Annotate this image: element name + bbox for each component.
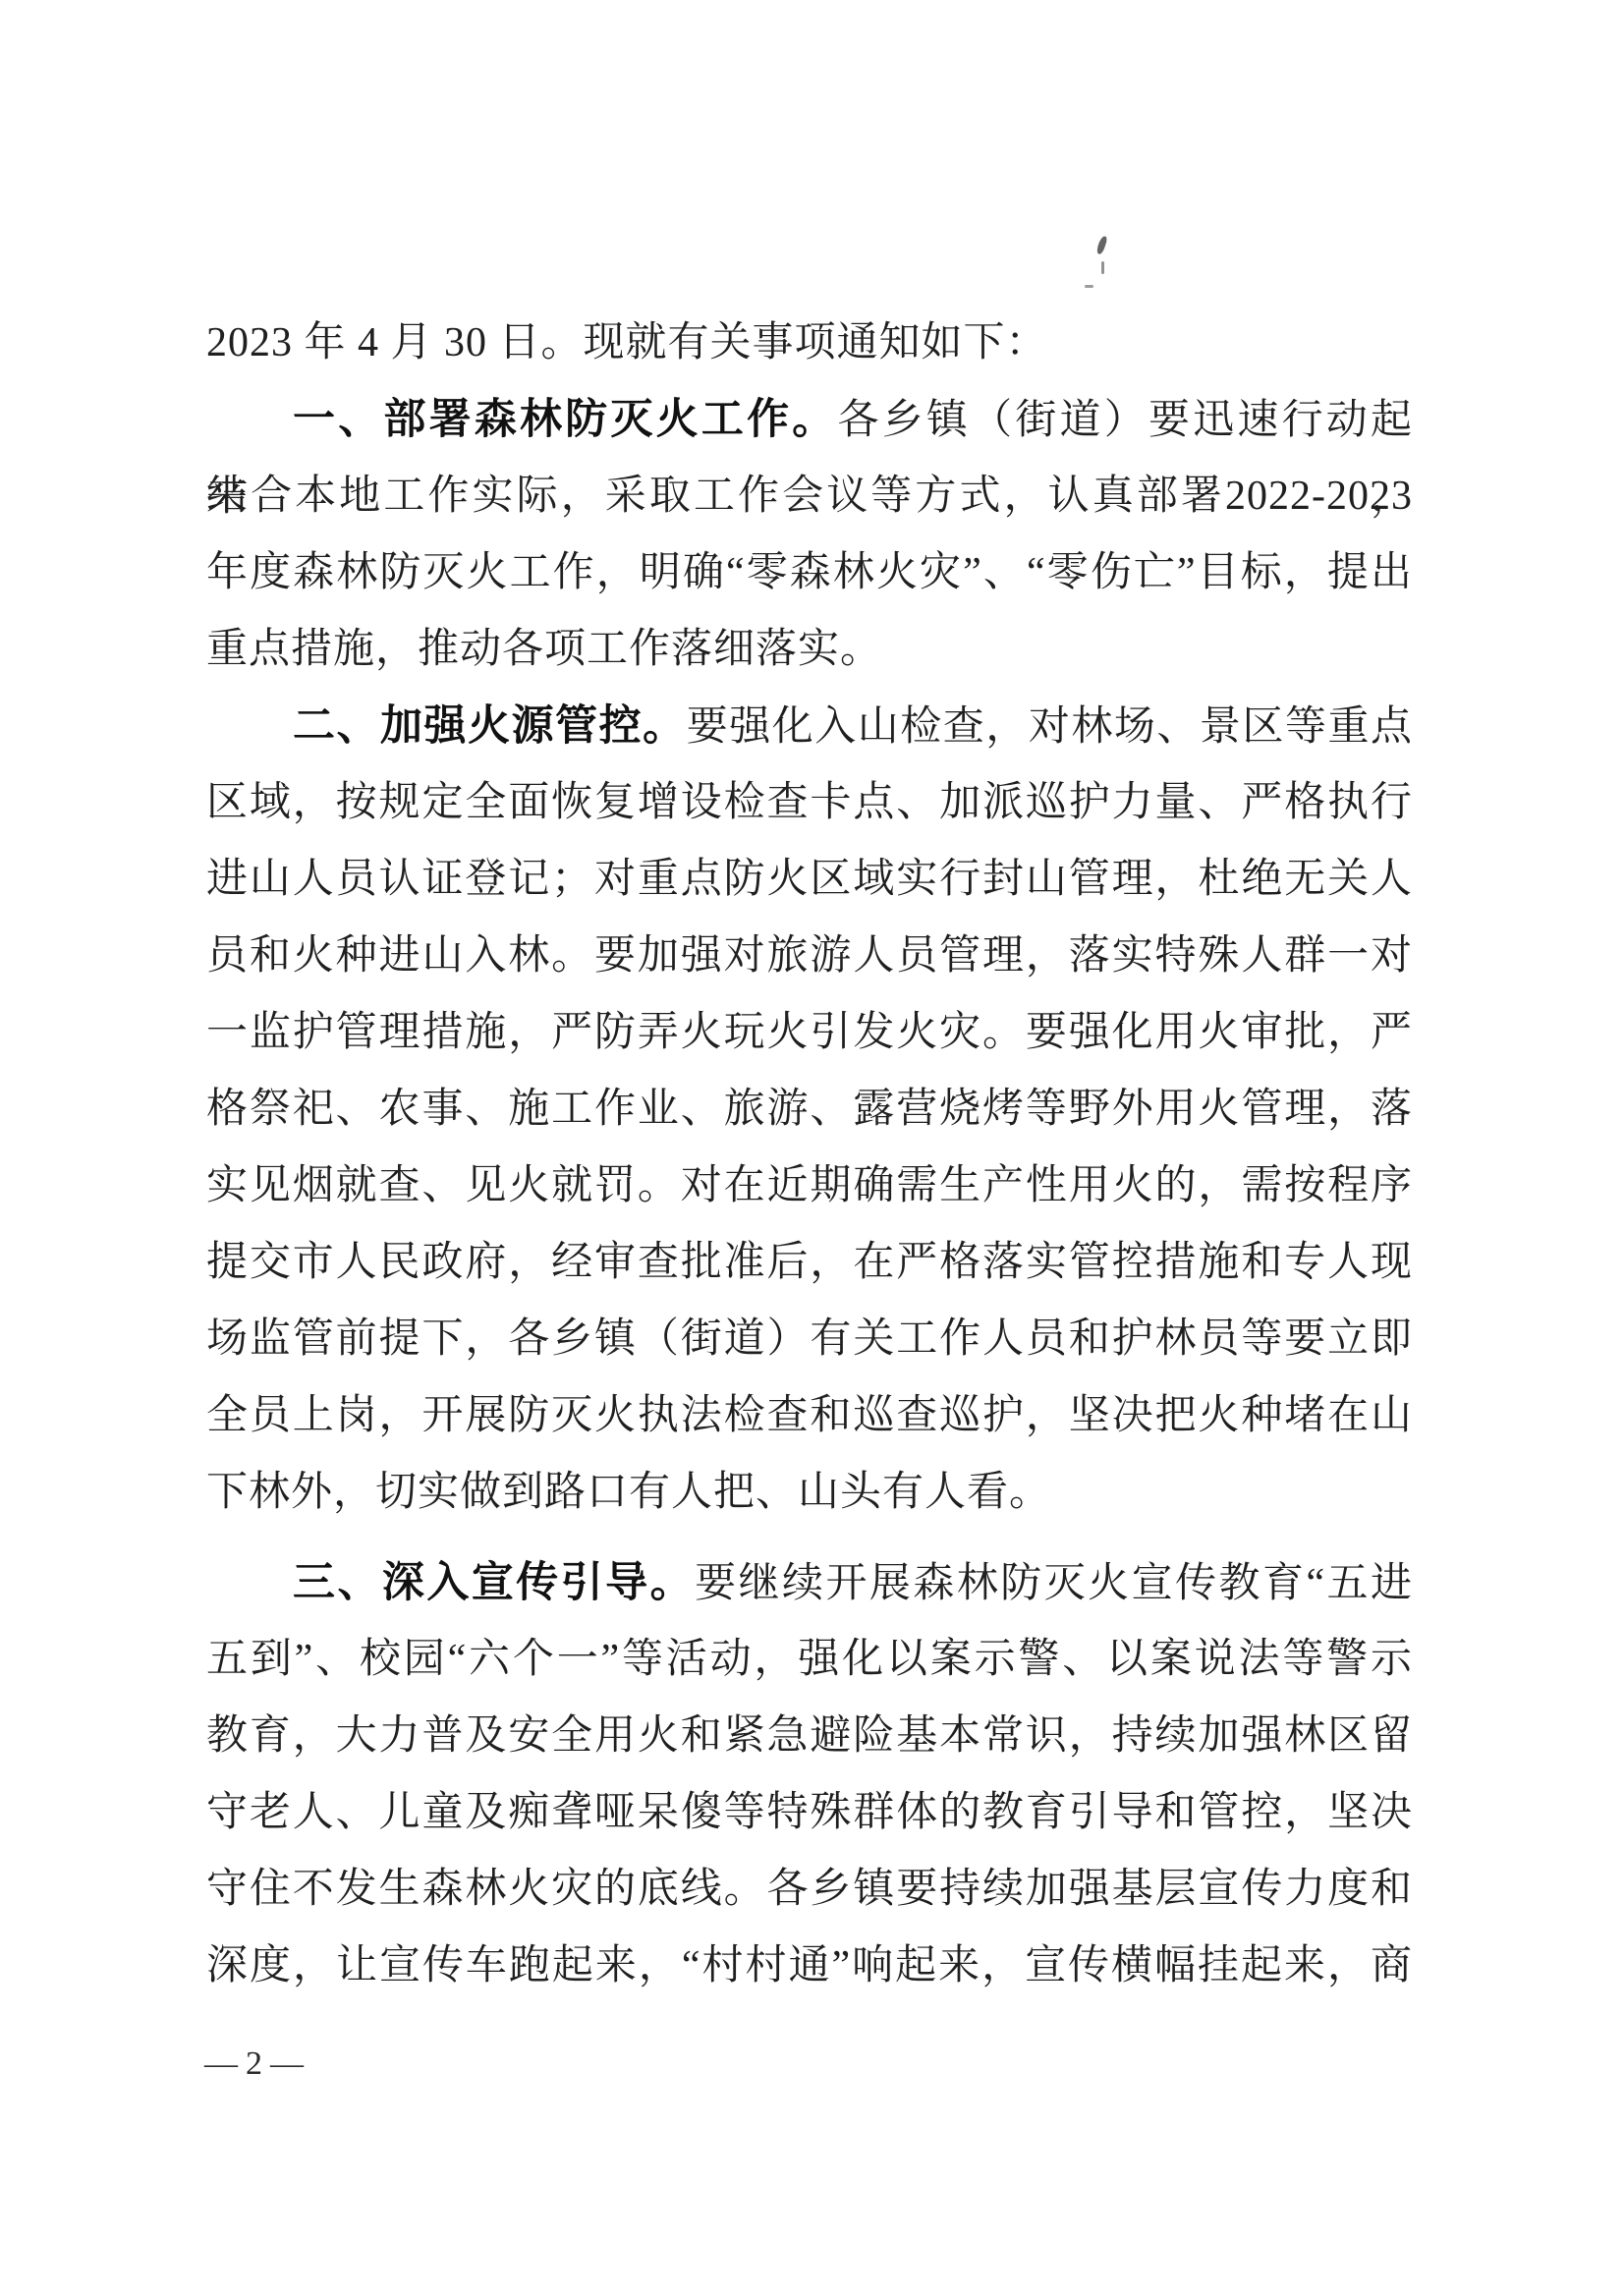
- body-line: 深度，让宣传车跑起来，“村村通”响起来，宣传横幅挂起来，商: [206, 1928, 1413, 2004]
- body-line: 提交市人民政府，经审查批准后，在严格落实管控措施和专人现: [206, 1224, 1413, 1301]
- body-line: 进山人员认证登记；对重点防火区域实行封山管理，杜绝无关人: [206, 841, 1413, 918]
- scanned-document-page: 2023 年 4 月 30 日。现就有关事项通知如下： 一、部署森林防灭火工作。…: [0, 0, 1624, 2295]
- body-line: 员和火种进山入林。要加强对旅游人员管理，落实特殊人群一对: [206, 918, 1413, 994]
- page-number: —2—: [204, 2045, 311, 2083]
- section-1-first-line: 一、部署森林防灭火工作。各乡镇（街道）要迅速行动起来，: [206, 381, 1413, 458]
- body-line: 区域，按规定全面恢复增设检查卡点、加派巡护力量、严格执行: [206, 764, 1413, 841]
- body-line: 守住不发生森林火灾的底线。各乡镇要持续加强基层宣传力度和: [206, 1851, 1413, 1928]
- body-line: 五到”、校园“六个一”等活动，强化以案示警、以案说法等警示: [206, 1621, 1413, 1698]
- body-line: 一监护管理措施，严防弄火玩火引发火灾。要强化用火审批，严: [206, 994, 1413, 1071]
- body-line: 重点措施，推动各项工作落细落实。: [206, 611, 1413, 688]
- body-line: 场监管前提下，各乡镇（街道）有关工作人员和护林员等要立即: [206, 1301, 1413, 1377]
- body-line: 下林外，切实做到路口有人把、山头有人看。: [206, 1454, 1413, 1531]
- body-line: 年度森林防灭火工作，明确“零森林火灾”、“零伤亡”目标，提出: [206, 534, 1413, 611]
- body-line: 格祭祀、农事、施工作业、旅游、露营烧烤等野外用火管理，落: [206, 1071, 1413, 1147]
- body-line: 守老人、儿童及痴聋哑呆傻等特殊群体的教育引导和管控，坚决: [206, 1774, 1413, 1851]
- body-line: 结合本地工作实际，采取工作会议等方式，认真部署2022-2023: [206, 458, 1413, 534]
- section-3-heading: 三、深入宣传引导。: [293, 1559, 695, 1606]
- body-line: 要继续开展森林防灭火宣传教育“五进: [695, 1561, 1413, 1606]
- body-line: 2023 年 4 月 30 日。现就有关事项通知如下：: [206, 305, 1413, 381]
- section-2-first-line: 二、加强火源管控。要强化入山检查，对林场、景区等重点: [206, 688, 1413, 764]
- section-1-heading: 一、部署森林防灭火工作。: [293, 396, 838, 443]
- section-3-first-line: 三、深入宣传引导。要继续开展森林防灭火宣传教育“五进: [206, 1544, 1413, 1621]
- document-body: 2023 年 4 月 30 日。现就有关事项通知如下： 一、部署森林防灭火工作。…: [206, 305, 1413, 2004]
- section-2-heading: 二、加强火源管控。: [293, 702, 687, 750]
- body-line: 实见烟就查、见火就罚。对在近期确需生产性用火的，需按程序: [206, 1147, 1413, 1224]
- body-line: 要强化入山检查，对林场、景区等重点: [687, 704, 1413, 750]
- body-line: 教育，大力普及安全用火和紧急避险基本常识，持续加强林区留: [206, 1698, 1413, 1774]
- body-line: 全员上岗，开展防灭火执法检查和巡查巡护，坚决把火种堵在山: [206, 1377, 1413, 1454]
- scan-artifact: [1095, 235, 1108, 254]
- scan-artifact: [1085, 285, 1093, 288]
- scan-artifact: [1101, 261, 1104, 274]
